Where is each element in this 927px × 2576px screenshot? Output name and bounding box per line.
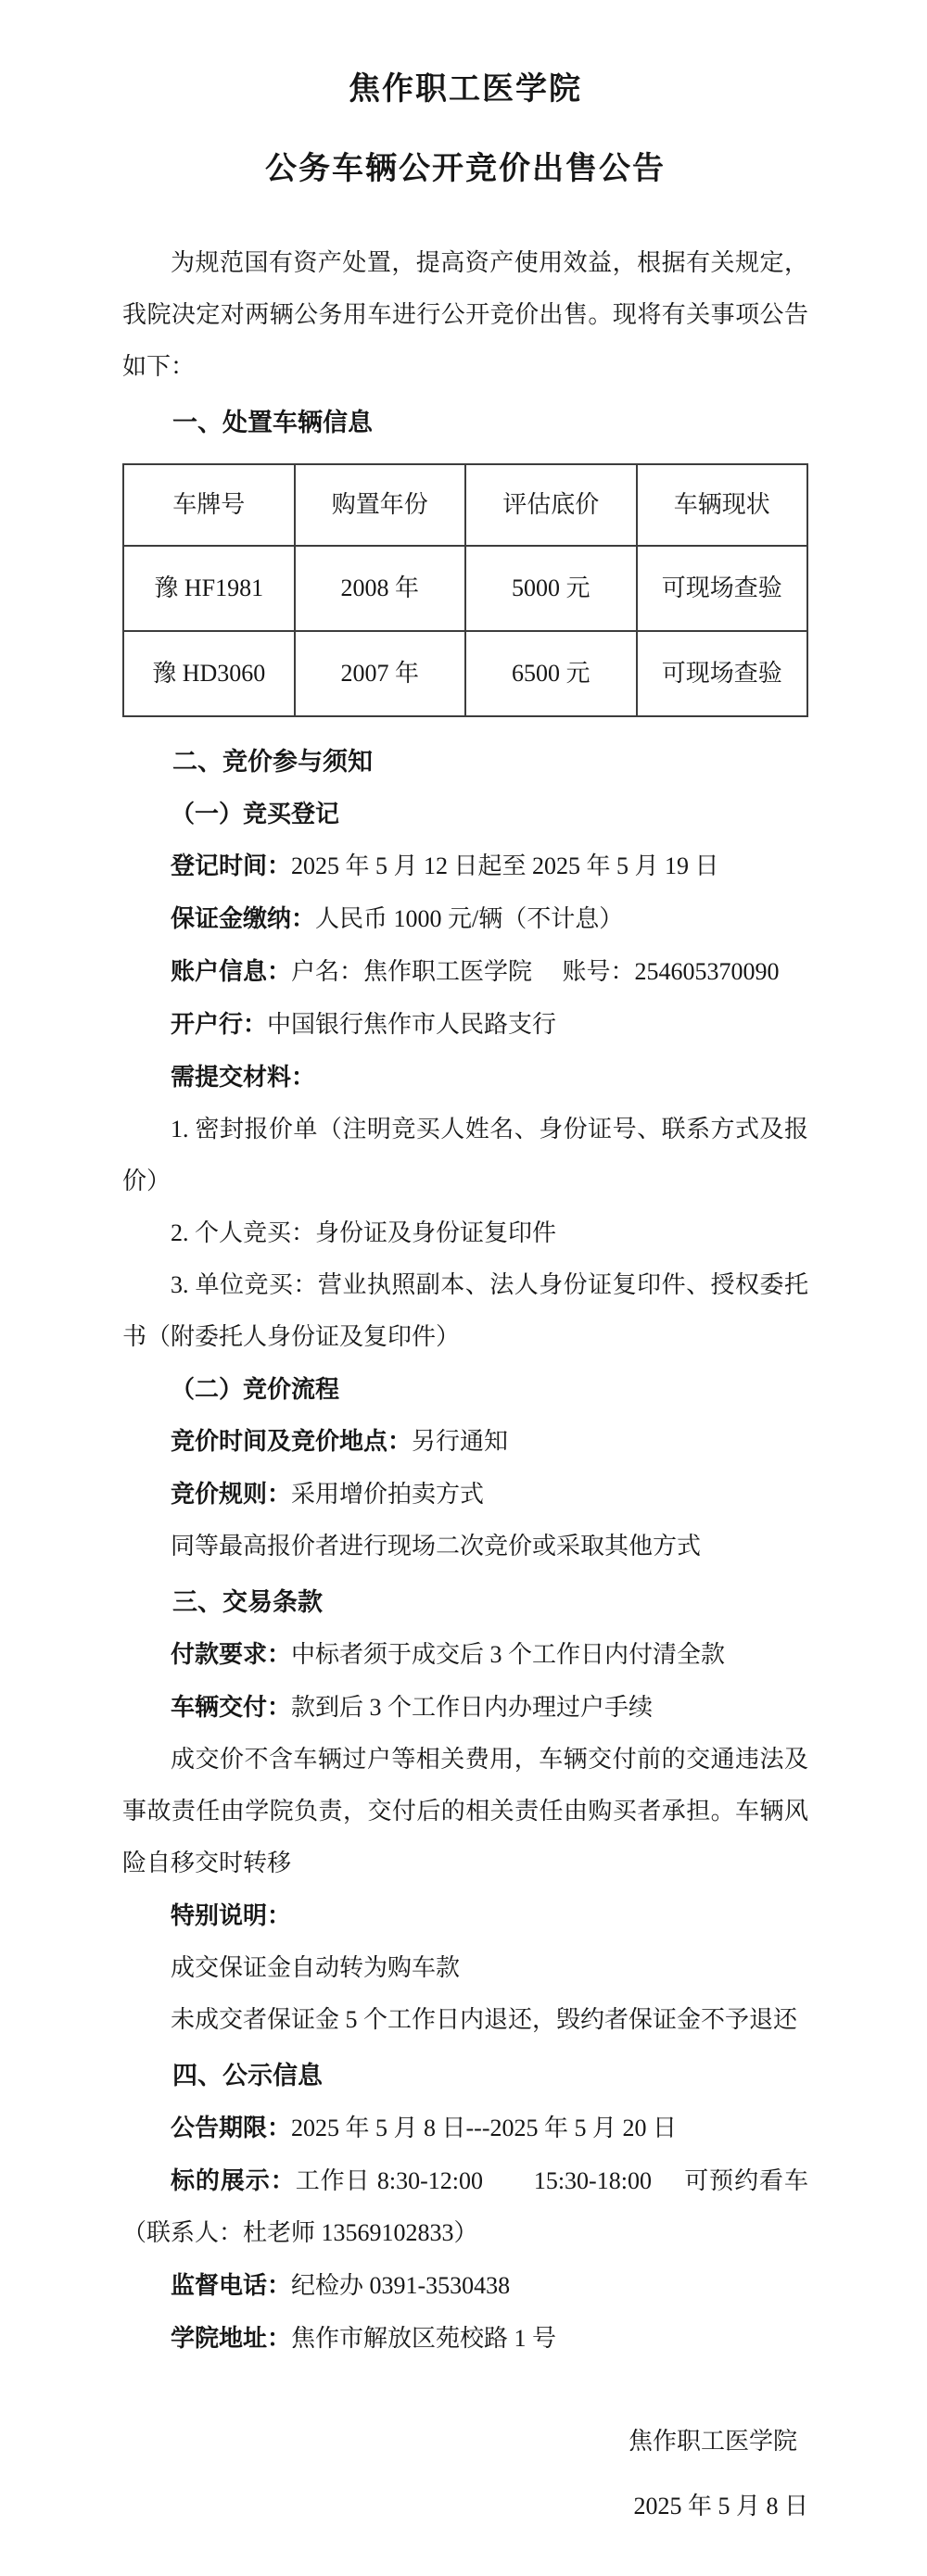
bank-value: 中国银行焦作市人民路支行 xyxy=(267,1011,556,1038)
document-page: 焦作职工医学院 公务车辆公开竞价出售公告 为规范国有资产处置，提高资产使用效益，… xyxy=(0,0,927,2576)
table-cell-plate: 豫 HD3060 xyxy=(123,631,295,716)
supervision-phone-value: 纪检办 0391-3530438 xyxy=(291,2272,510,2299)
bidding-note-line: 同等最高报价者进行现场二次竞价或采取其他方式 xyxy=(122,1521,808,1572)
bidding-time-label: 竞价时间及竞价地点： xyxy=(171,1427,412,1455)
materials-item-2: 2. 个人竞买：身份证及身份证复印件 xyxy=(122,1207,808,1259)
table-header-cell-year: 购置年份 xyxy=(295,464,466,546)
table-header-row: 车牌号 购置年份 评估底价 车辆现状 xyxy=(123,464,807,546)
delivery-line: 车辆交付：款到后 3 个工作日内办理过户手续 xyxy=(122,1681,808,1734)
section1-heading: 一、处置车辆信息 xyxy=(122,397,808,448)
supervision-phone-line: 监督电话：纪检办 0391-3530438 xyxy=(122,2259,808,2312)
bidding-time-value: 另行通知 xyxy=(412,1428,508,1455)
account-info-line: 账户信息：户名：焦作职工医学院 账号：254605370090 xyxy=(122,945,808,998)
special-note-heading-line: 特别说明： xyxy=(122,1889,808,1942)
section3-heading: 三、交易条款 xyxy=(122,1576,808,1628)
footer-signature: 焦作职工医学院 xyxy=(122,2409,808,2474)
special-note-label: 特别说明： xyxy=(171,1901,291,1929)
account-info-label: 账户信息： xyxy=(171,957,291,985)
registration-time-label: 登记时间： xyxy=(171,852,291,879)
account-info-value: 户名：焦作职工医学院 账号：254605370090 xyxy=(291,958,780,985)
bidding-time-line: 竞价时间及竞价地点：另行通知 xyxy=(122,1415,808,1468)
intro-paragraph: 为规范国有资产处置，提高资产使用效益，根据有关规定，我院决定对两辆公务用车进行公… xyxy=(122,237,808,393)
address-line: 学院地址：焦作市解放区苑校路 1 号 xyxy=(122,2312,808,2365)
table-cell-price: 5000 元 xyxy=(465,546,637,631)
transaction-note: 成交价不含车辆过户等相关费用，车辆交付前的交通违法及事故责任由学院负责，交付后的… xyxy=(122,1734,808,1889)
payment-line: 付款要求：中标者须于成交后 3 个工作日内付清全款 xyxy=(122,1628,808,1681)
bank-label: 开户行： xyxy=(171,1010,267,1038)
address-value: 焦作市解放区苑校路 1 号 xyxy=(291,2325,556,2352)
table-cell-condition: 可现场查验 xyxy=(637,546,808,631)
bank-line: 开户行：中国银行焦作市人民路支行 xyxy=(122,998,808,1051)
viewing-label: 标的展示： xyxy=(171,2166,296,2194)
payment-label: 付款要求： xyxy=(171,1640,291,1668)
bidding-rule-line: 竞价规则：采用增价拍卖方式 xyxy=(122,1468,808,1521)
bidding-rule-value: 采用增价拍卖方式 xyxy=(291,1481,484,1508)
payment-value: 中标者须于成交后 3 个工作日内付清全款 xyxy=(291,1641,725,1668)
doc-title: 焦作职工医学院 xyxy=(122,69,808,111)
deposit-line: 保证金缴纳：人民币 1000 元/辆（不计息） xyxy=(122,892,808,945)
section2-sub2-heading: （二）竞价流程 xyxy=(122,1363,808,1415)
materials-heading-label: 需提交材料： xyxy=(171,1063,315,1091)
supervision-phone-label: 监督电话： xyxy=(171,2271,291,2299)
table-cell-year: 2007 年 xyxy=(295,631,466,716)
viewing-line: 标的展示：工作日 8:30-12:00 15:30-18:00 可预约看车（联系… xyxy=(122,2154,808,2259)
deposit-value: 人民币 1000 元/辆（不计息） xyxy=(315,905,623,932)
table-cell-plate: 豫 HF1981 xyxy=(123,546,295,631)
table-header-cell-condition: 车辆现状 xyxy=(637,464,808,546)
special-note-item-2: 未成交者保证金 5 个工作日内退还，毁约者保证金不予退还 xyxy=(122,1994,808,2046)
table-cell-price: 6500 元 xyxy=(465,631,637,716)
materials-item-1: 1. 密封报价单（注明竞买人姓名、身份证号、联系方式及报价） xyxy=(122,1104,808,1207)
announcement-period-value: 2025 年 5 月 8 日---2025 年 5 月 20 日 xyxy=(291,2115,677,2141)
section4-heading: 四、公示信息 xyxy=(122,2050,808,2102)
vehicle-table: 车牌号 购置年份 评估底价 车辆现状 豫 HF1981 2008 年 5000 … xyxy=(122,463,808,717)
materials-heading-line: 需提交材料： xyxy=(122,1051,808,1104)
footer-date: 2025 年 5 月 8 日 xyxy=(122,2474,808,2539)
materials-item-3: 3. 单位竞买：营业执照副本、法人身份证复印件、授权委托书（附委托人身份证及复印… xyxy=(122,1259,808,1363)
address-label: 学院地址： xyxy=(171,2324,291,2352)
table-header-cell-price: 评估底价 xyxy=(465,464,637,546)
section2-heading: 二、竞价参与须知 xyxy=(122,736,808,788)
table-cell-condition: 可现场查验 xyxy=(637,631,808,716)
table-row: 豫 HF1981 2008 年 5000 元 可现场查验 xyxy=(123,546,807,631)
deposit-label: 保证金缴纳： xyxy=(171,904,315,932)
registration-time-line: 登记时间：2025 年 5 月 12 日起至 2025 年 5 月 19 日 xyxy=(122,840,808,892)
announcement-period-line: 公告期限：2025 年 5 月 8 日---2025 年 5 月 20 日 xyxy=(122,2102,808,2154)
table-row: 豫 HD3060 2007 年 6500 元 可现场查验 xyxy=(123,631,807,716)
section2-sub1-heading: （一）竞买登记 xyxy=(122,788,808,840)
delivery-label: 车辆交付： xyxy=(171,1693,291,1721)
table-header-cell-plate: 车牌号 xyxy=(123,464,295,546)
table-cell-year: 2008 年 xyxy=(295,546,466,631)
special-note-item-1: 成交保证金自动转为购车款 xyxy=(122,1942,808,1994)
document-footer: 焦作职工医学院 2025 年 5 月 8 日 xyxy=(122,2409,808,2539)
registration-time-value: 2025 年 5 月 12 日起至 2025 年 5 月 19 日 xyxy=(291,852,719,879)
bidding-rule-label: 竞价规则： xyxy=(171,1480,291,1508)
doc-subtitle: 公务车辆公开竞价出售公告 xyxy=(122,148,808,191)
delivery-value: 款到后 3 个工作日内办理过户手续 xyxy=(291,1694,653,1721)
announcement-period-label: 公告期限： xyxy=(171,2114,291,2141)
